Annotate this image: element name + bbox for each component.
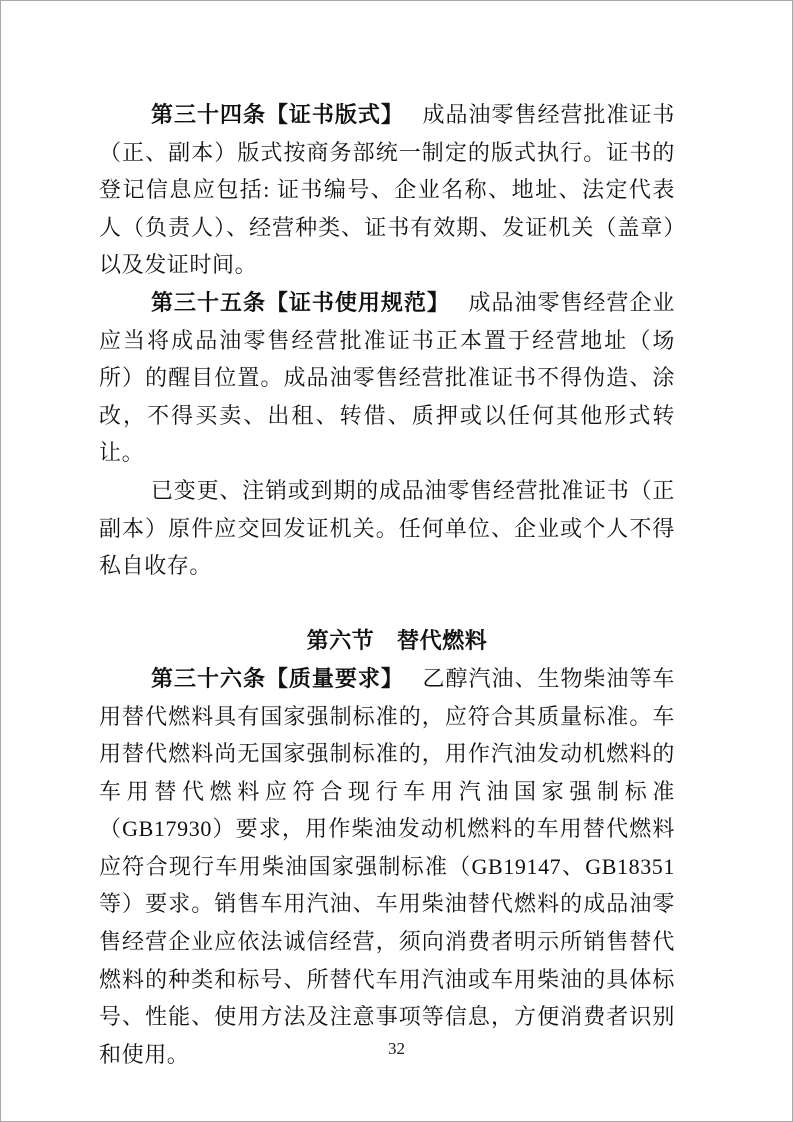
article-label: 第三十五条【证书使用规范】 [151,290,450,315]
paragraph-text: 成品油零售经营批准证书（正、副本）版式按商务部统一制定的版式执行。证书的登记信息… [99,102,675,277]
article-paragraph: 第三十五条【证书使用规范】成品油零售经营企业应当将成品油零售经营批准证书正本置于… [99,284,675,472]
paragraph-text: 乙醇汽油、生物柴油等车用替代燃料具有国家强制标准的，应符合其质量标准。车用替代燃… [99,666,675,1067]
section-heading: 第六节 替代燃料 [109,622,685,660]
document-page: 第三十四条【证书版式】成品油零售经营批准证书（正、副本）版式按商务部统一制定的版… [0,0,793,1122]
article-label: 第三十四条【证书版式】 [151,102,404,127]
article-paragraph: 第三十六条【质量要求】乙醇汽油、生物柴油等车用替代燃料具有国家强制标准的，应符合… [99,660,675,1074]
article-label: 第三十六条【质量要求】 [151,666,404,691]
page-number: 32 [0,1037,793,1061]
paragraph-text: 已变更、注销或到期的成品油零售经营批准证书（正副本）原件应交回发证机关。任何单位… [99,478,675,578]
paragraph-text: 成品油零售经营企业应当将成品油零售经营批准证书正本置于经营地址（场所）的醒目位置… [99,290,675,465]
body-paragraph: 已变更、注销或到期的成品油零售经营批准证书（正副本）原件应交回发证机关。任何单位… [99,472,675,585]
document-body: 第三十四条【证书版式】成品油零售经营批准证书（正、副本）版式按商务部统一制定的版… [99,96,675,1073]
article-paragraph: 第三十四条【证书版式】成品油零售经营批准证书（正、副本）版式按商务部统一制定的版… [99,96,675,284]
